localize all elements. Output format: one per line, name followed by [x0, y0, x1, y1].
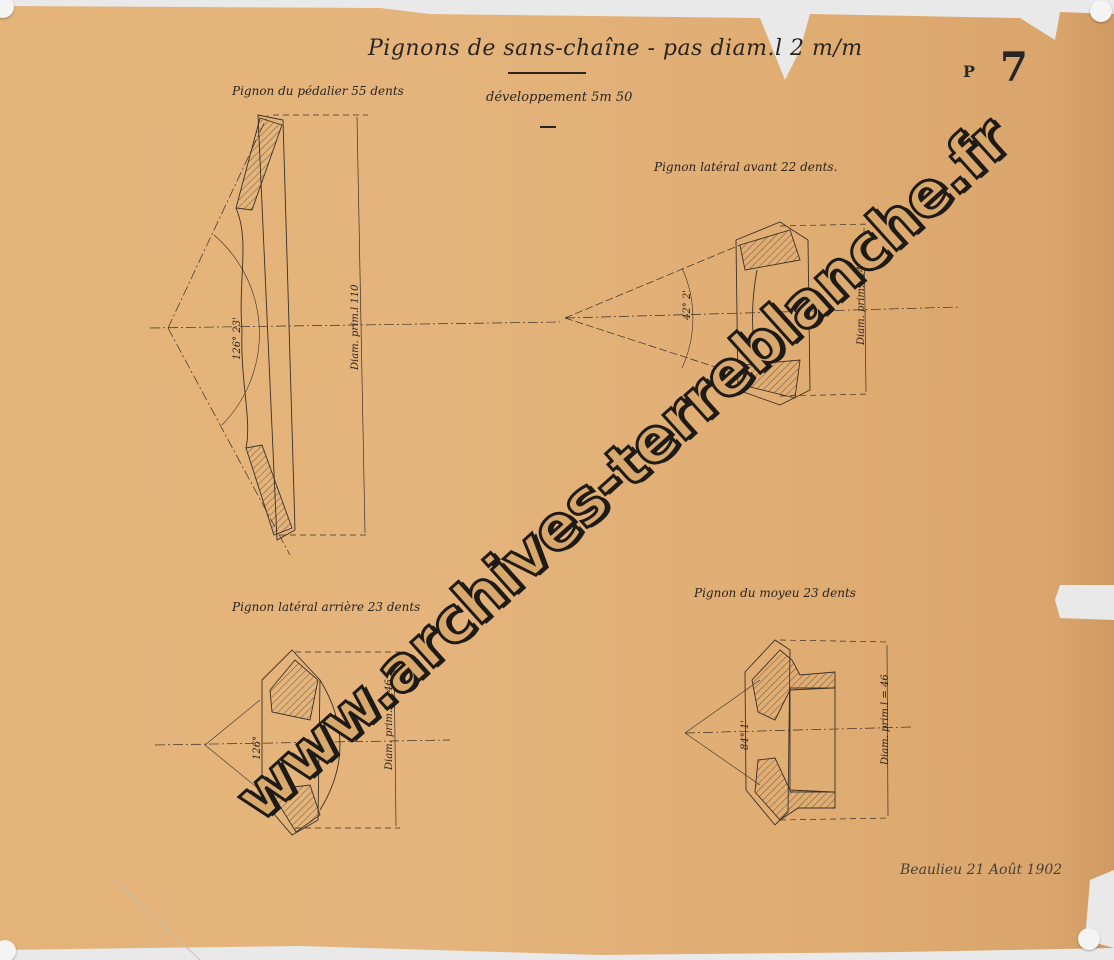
angle-pedalier: 126° 23' — [232, 317, 243, 360]
page-mark: P — [963, 62, 975, 81]
figure-hub-gear — [685, 640, 912, 825]
diameter-pedalier: Diam. prim.l 110 — [350, 284, 361, 370]
figure-label-lateral-rear: Pignon latéral arrière 23 dents — [232, 600, 420, 614]
sheet-title: Pignons de sans-chaîne - pas diam.l 2 m/… — [368, 36, 863, 61]
subtitle-underline — [540, 126, 556, 128]
diameter-hub: Diam. prim.l = 46 — [880, 674, 891, 765]
sheet-subtitle: développement 5m 50 — [486, 90, 632, 105]
page-number: 7 — [1000, 48, 1028, 88]
figure-label-pedalier: Pignon du pédalier 55 dents — [232, 84, 404, 98]
angle-lateral-front: 42° 2' — [682, 290, 693, 320]
figure-label-hub: Pignon du moyeu 23 dents — [694, 586, 856, 600]
date-signature: Beaulieu 21 Août 1902 — [900, 862, 1062, 878]
title-underline — [508, 72, 586, 74]
figure-label-lateral-front: Pignon latéral avant 22 dents. — [654, 160, 837, 174]
angle-hub: 84° 1' — [740, 720, 751, 750]
